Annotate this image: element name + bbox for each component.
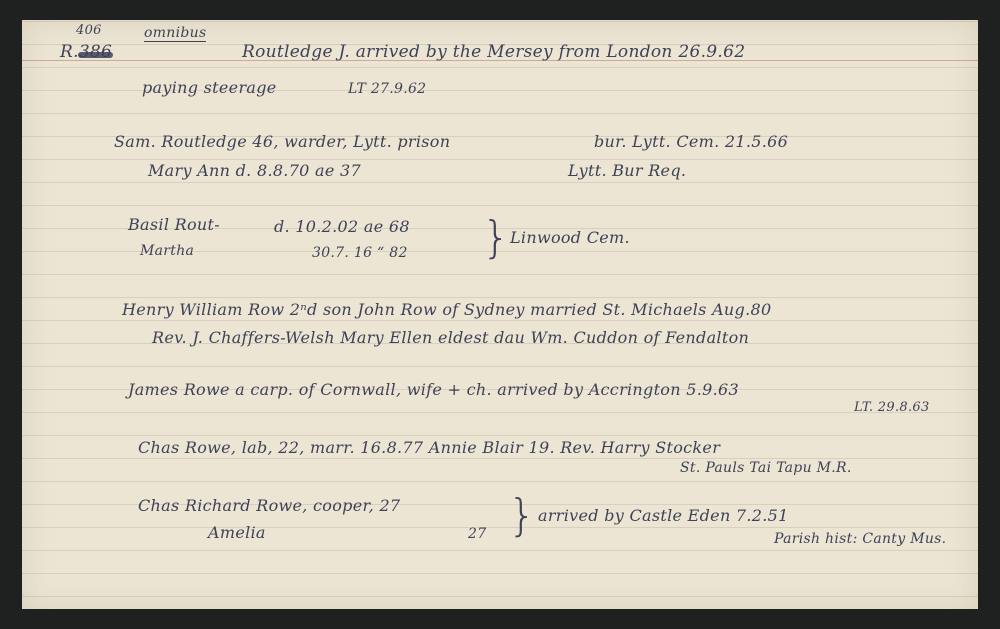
entry-chas-richard-line-1: Chas Richard Rowe, cooper, 27 <box>138 498 400 514</box>
entry-martha-detail: 30.7. 16 “ 82 <box>312 246 408 260</box>
entry-basil-name: Basil Rout- <box>128 217 220 233</box>
card-reference: R.386 <box>60 44 112 61</box>
entry-sam-burial-register: Lytt. Bur Req. <box>568 163 686 179</box>
entry-martha-name: Martha <box>140 244 194 258</box>
entry-james-line-1: James Rowe a carp. of Cornwall, wife + c… <box>128 382 739 398</box>
header-line-2-text: paying steerage <box>142 80 277 96</box>
entry-amelia-age: 27 <box>468 527 486 541</box>
entry-henry-line-1: Henry William Row 2ⁿd son John Row of Sy… <box>122 302 771 318</box>
entry-basil-cemetery: Linwood Cem. <box>510 230 630 246</box>
entry-amelia-name: Amelia <box>208 525 266 541</box>
entry-sam-line-2: Mary Ann d. 8.8.70 ae 37 <box>148 163 361 179</box>
header-line-1: Routledge J. arrived by the Mersey from … <box>242 44 745 61</box>
bracket-icon: } <box>508 494 536 538</box>
entry-chas-line-2: St. Pauls Tai Tapu M.R. <box>680 461 852 475</box>
entry-chas-line-1: Chas Rowe, lab, 22, marr. 16.8.77 Annie … <box>138 440 720 456</box>
bracket-icon: } <box>482 216 510 260</box>
card-number-new: 406 <box>76 24 102 37</box>
card-reference-prefix: R. <box>60 42 79 62</box>
card-number-old-struck: 386 <box>79 44 112 61</box>
entry-chas-richard-arrival: arrived by Castle Eden 7.2.51 <box>538 508 789 524</box>
entry-james-line-2: LT. 29.8.63 <box>854 401 930 414</box>
header-line-2-date: LT 27.9.62 <box>348 82 426 96</box>
entry-henry-line-2: Rev. J. Chaffers-Welsh Mary Ellen eldest… <box>152 330 749 346</box>
entry-basil-detail: d. 10.2.02 ae 68 <box>274 219 410 235</box>
entry-sam-burial: bur. Lytt. Cem. 21.5.66 <box>594 134 788 150</box>
entry-chas-richard-source: Parish hist: Canty Mus. <box>774 532 946 546</box>
card-tag: omnibus <box>144 26 206 42</box>
entry-sam-line-1: Sam. Routledge 46, warder, Lytt. prison <box>114 134 450 150</box>
index-card: 406 R.386 omnibus Routledge J. arrived b… <box>22 20 978 609</box>
